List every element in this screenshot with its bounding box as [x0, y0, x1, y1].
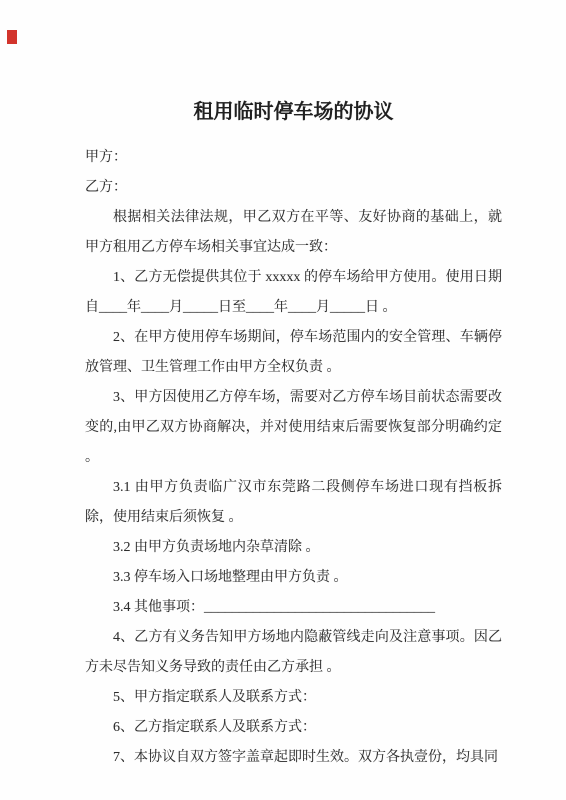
clause-3-4: 3.4 其他事项：_______________________________…: [85, 593, 502, 623]
clause-3-3: 3.3 停车场入口场地整理由甲方负责 。: [85, 563, 502, 593]
agreement-document: 租用临时停车场的协议 甲方： 乙方： 根据相关法律法规，甲乙双方在平等、友好协商…: [0, 0, 566, 773]
document-page: 租用临时停车场的协议 甲方： 乙方： 根据相关法律法规，甲乙双方在平等、友好协商…: [0, 0, 566, 800]
party-a-line: 甲方：: [85, 143, 502, 173]
clause-7: 7、本协议自双方签字盖章起即时生效。双方各执壹份，均具同: [85, 743, 502, 773]
intro-paragraph: 根据相关法律法规，甲乙双方在平等、友好协商的基础上，就甲方租用乙方停车场相关事宜…: [85, 203, 502, 263]
clause-5: 5、甲方指定联系人及联系方式：: [85, 683, 502, 713]
clause-3-1: 3.1 由甲方负责临广汉市东莞路二段侧停车场进口现有挡板拆除，使用结束后须恢复 …: [85, 473, 502, 533]
clause-6: 6、乙方指定联系人及联系方式：: [85, 713, 502, 743]
party-b-line: 乙方：: [85, 173, 502, 203]
red-mark: [7, 30, 17, 44]
clause-2: 2、在甲方使用停车场期间，停车场范围内的安全管理、车辆停放管理、卫生管理工作由甲…: [85, 323, 502, 383]
clause-1: 1、乙方无偿提供其位于 xxxxx 的停车场给甲方使用。使用日期自____年__…: [85, 263, 502, 323]
page-title: 租用临时停车场的协议: [85, 100, 502, 124]
clause-3: 3、甲方因使用乙方停车场，需要对乙方停车场目前状态需要改变的,由甲乙双方协商解决…: [85, 383, 502, 473]
clause-4: 4、乙方有义务告知甲方场地内隐蔽管线走向及注意事项。因乙方未尽告知义务导致的责任…: [85, 623, 502, 683]
clause-3-2: 3.2 由甲方负责场地内杂草清除 。: [85, 533, 502, 563]
